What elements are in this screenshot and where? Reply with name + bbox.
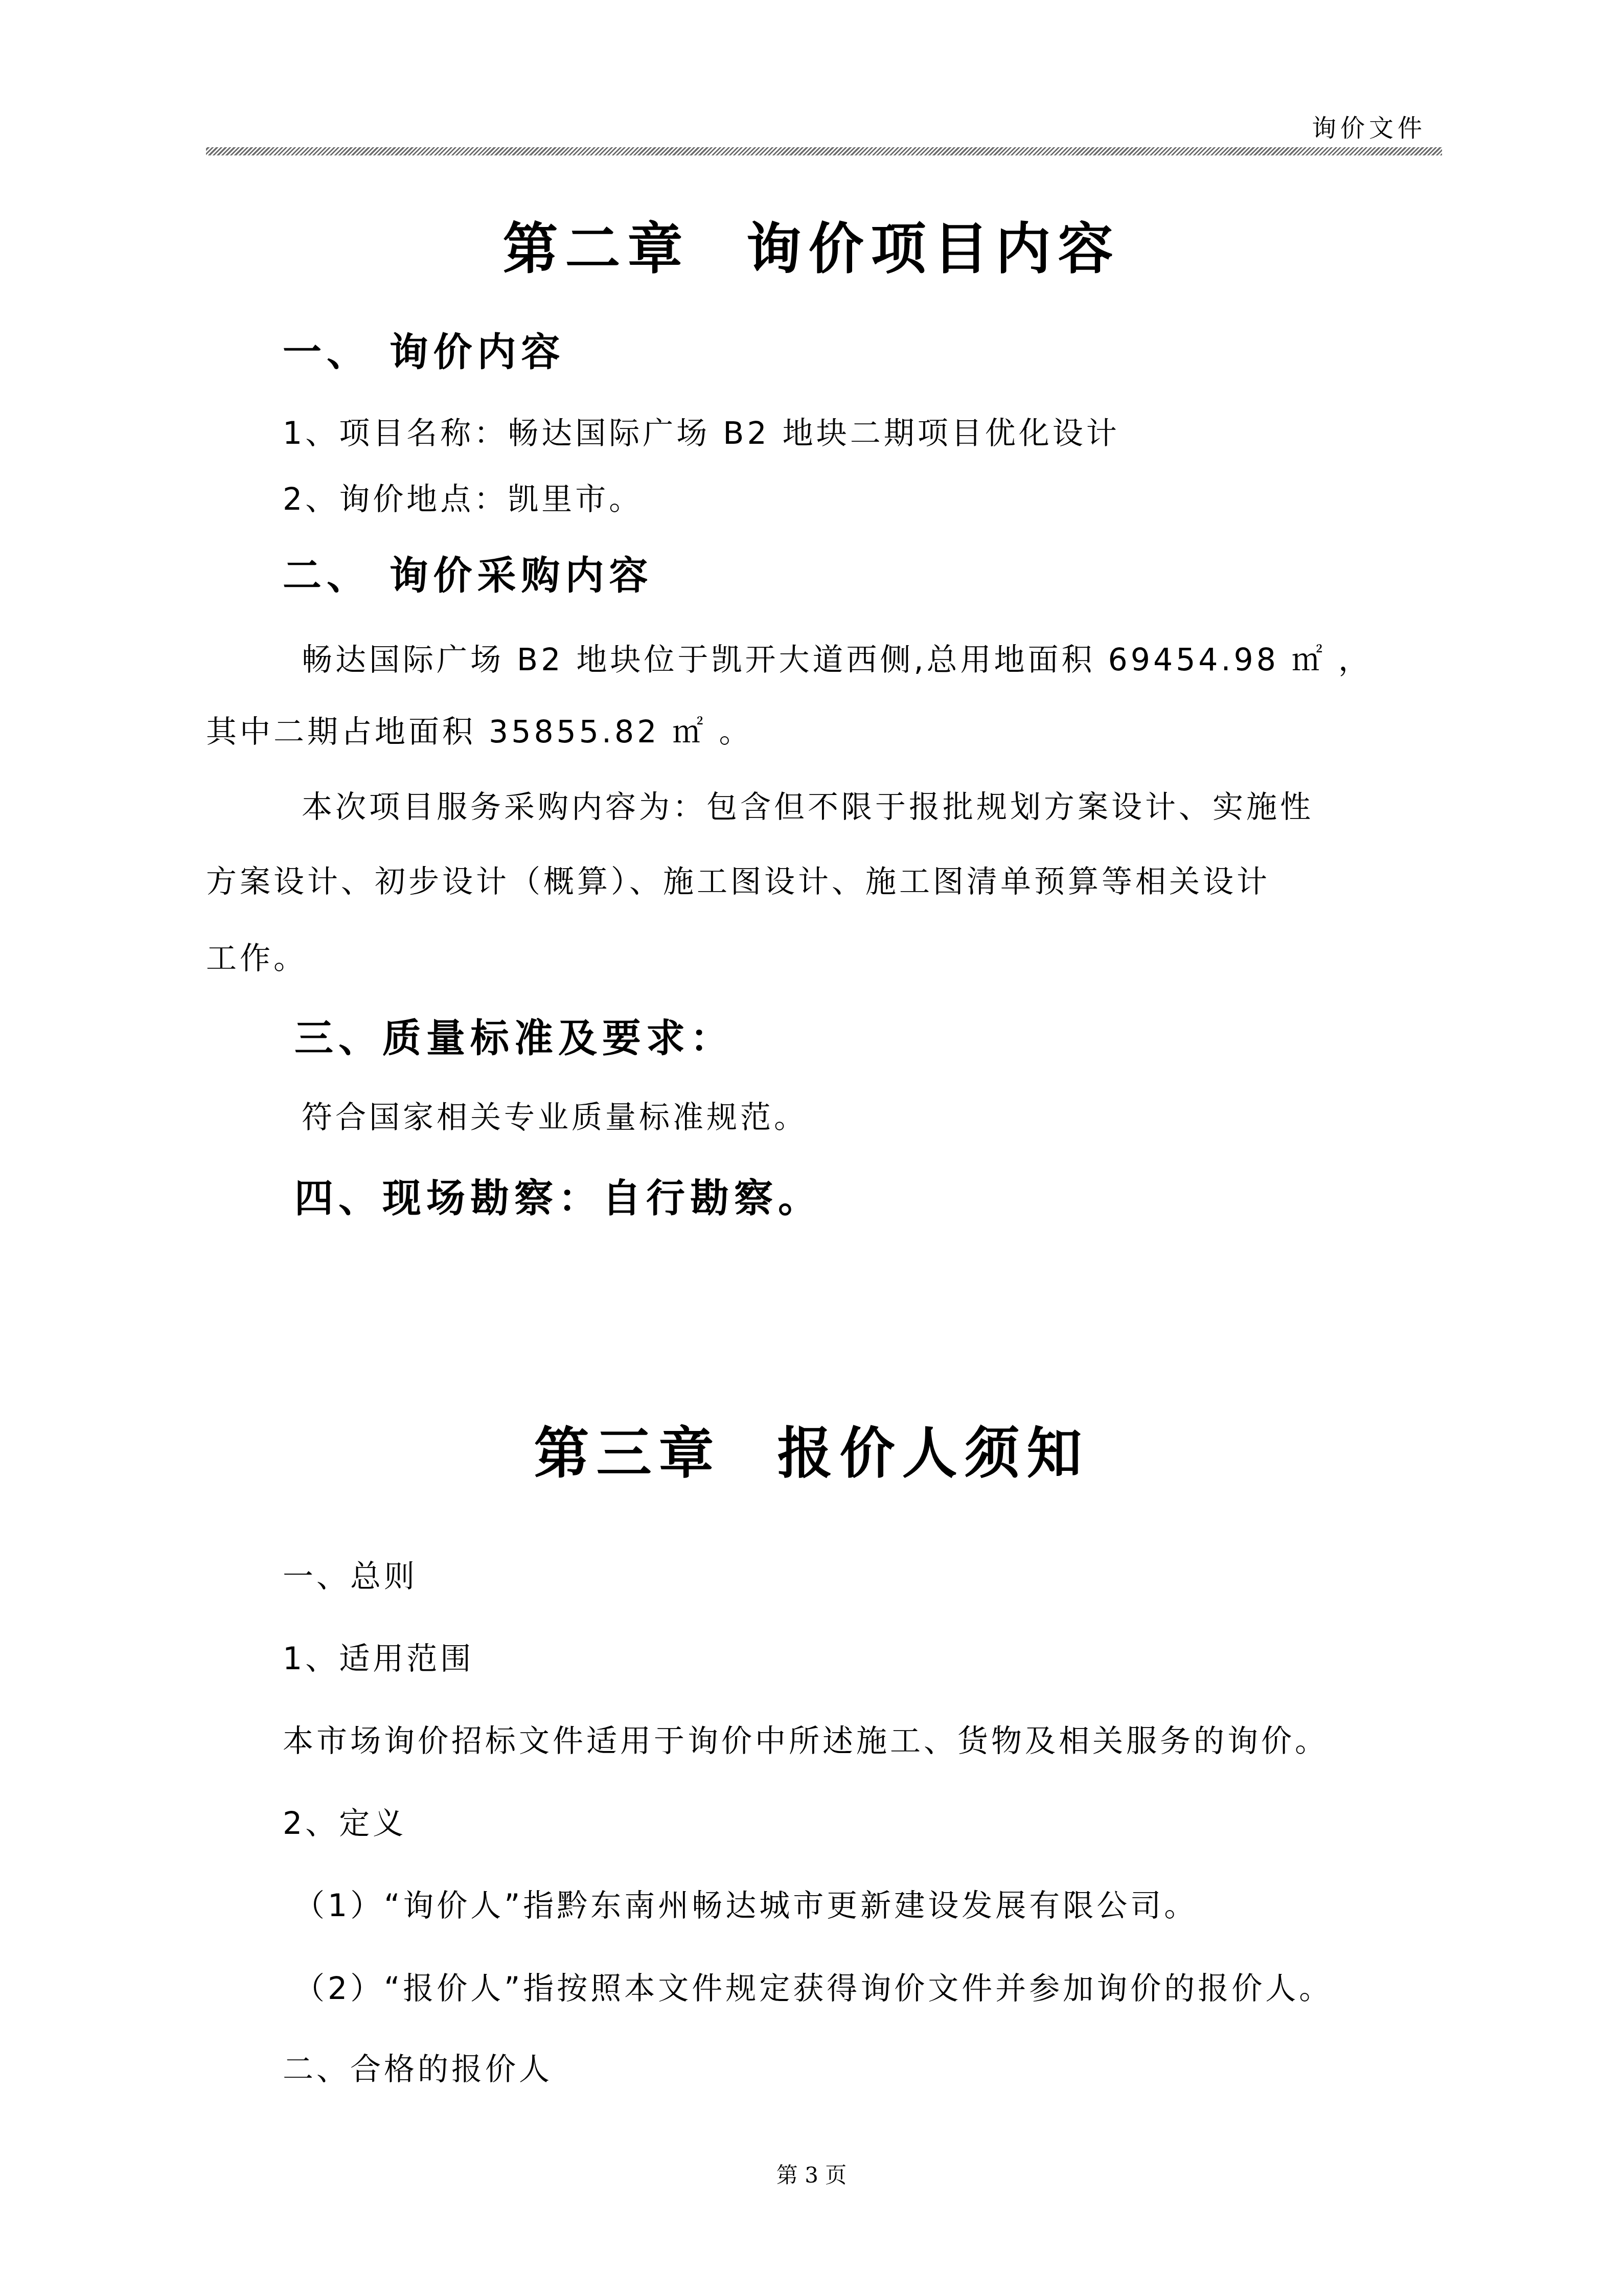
definition-inquirer: （1）“询价人”指黔东南州畅达城市更新建设发展有限公司。 [294,1881,1198,1925]
scope-text: 本市场询价招标文件适用于询价中所述施工、货物及相关服务的询价。 [283,1717,1329,1761]
page-number: 第 3 页 [0,2158,1623,2189]
definition-bidder: （2）“报价人”指按照本文件规定获得询价文件并参加询价的报价人。 [294,1964,1333,2008]
chapter-3-name: 报价人须知 [778,1422,1089,1486]
site-area-para-line-2: 其中二期占地面积 35855.82 ㎡ 。 [206,708,753,752]
section-heading-inquiry-content: 一、 询价内容 [283,321,565,377]
chapter-2-title: 第二章询价项目内容 [0,204,1623,284]
section-heading-quality-standard: 三、质量标准及要求： [294,1007,734,1063]
service-scope-para-line-2: 方案设计、初步设计（概算）、施工图设计、施工图清单预算等相关设计 [206,857,1270,901]
running-header-title: 询价文件 [1312,108,1426,144]
service-scope-para-line-3: 工作。 [206,934,307,978]
header-divider-hatched [206,147,1442,155]
qualified-bidders-heading: 二、合格的报价人 [283,2045,553,2089]
chapter-2-name: 询价项目内容 [746,217,1121,281]
service-scope-para-line-1: 本次项目服务采购内容为：包含但不限于报批规划方案设计、实施性 [302,783,1314,827]
general-provisions-heading: 一、总则 [283,1552,418,1596]
chapter-3-title: 第三章报价人须知 [0,1409,1623,1488]
section-heading-procurement-content: 二、 询价采购内容 [283,544,653,600]
scope-heading: 1、适用范围 [283,1634,474,1678]
project-name-line: 1、项目名称：畅达国际广场 B2 地块二期项目优化设计 [283,409,1120,453]
site-area-para-line-1: 畅达国际广场 B2 地块位于凯开大道西侧,总用地面积 69454.98 ㎡ ， [302,635,1372,679]
section-heading-site-survey: 四、现场勘察：自行勘察。 [294,1167,822,1223]
quality-standard-text: 符合国家相关专业质量标准规范。 [302,1093,808,1137]
chapter-2-number: 第二章 [502,217,690,281]
definitions-heading: 2、定义 [283,1799,406,1843]
inquiry-location-line: 2、询价地点：凯里市。 [283,475,643,519]
chapter-3-number: 第三章 [534,1422,721,1486]
